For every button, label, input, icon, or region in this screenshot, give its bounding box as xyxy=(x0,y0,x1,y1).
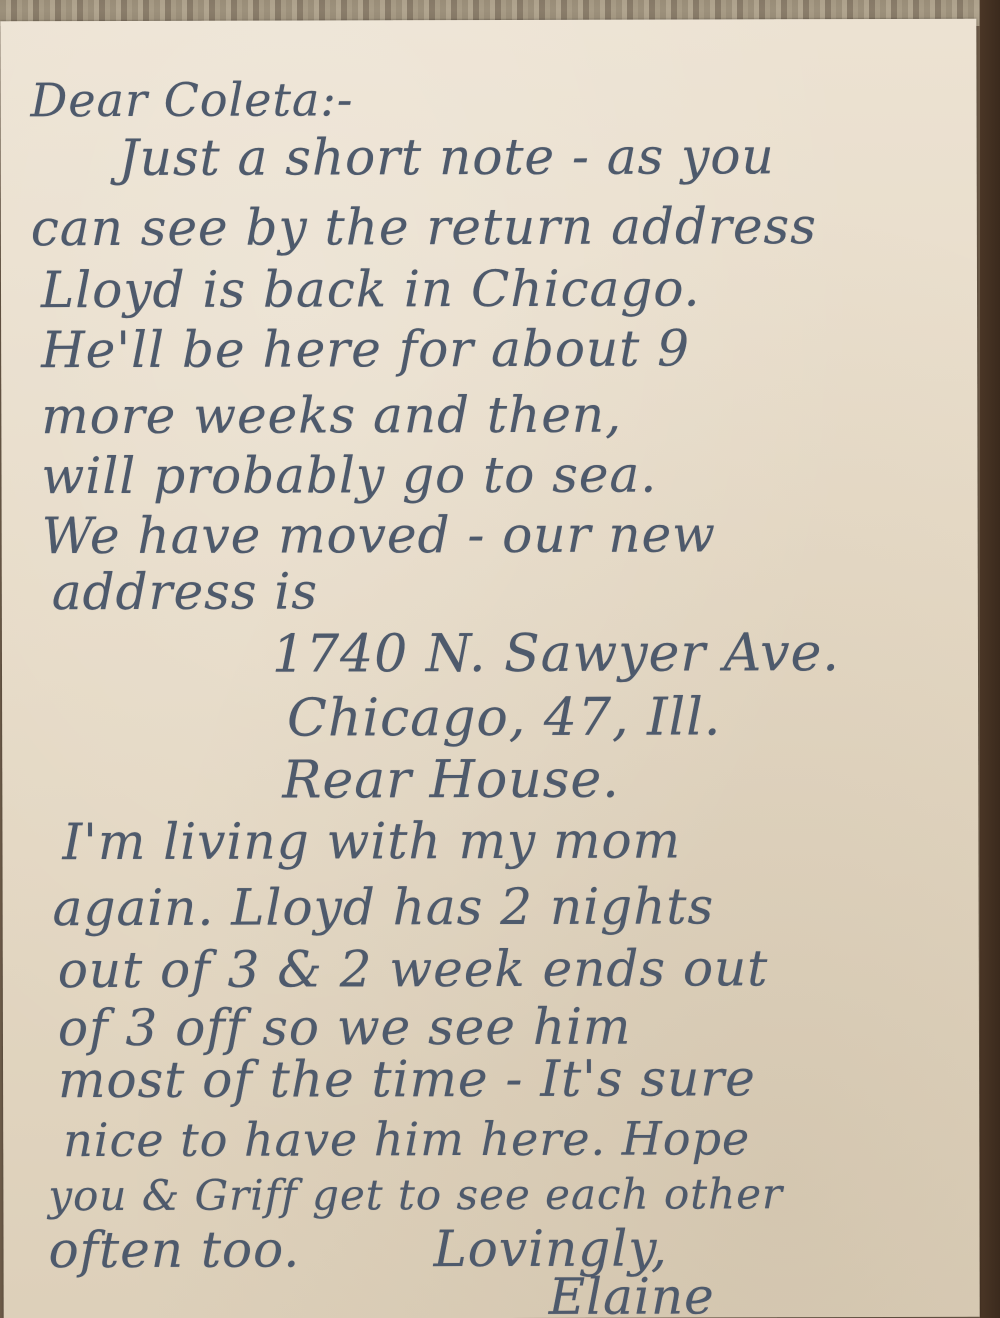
letter-line: again. Lloyd has 2 nights xyxy=(53,877,715,937)
salutation: Dear Coleta:- xyxy=(30,72,353,127)
table-edge-background xyxy=(980,0,1000,1318)
letter-line: nice to have him here. Hope xyxy=(63,1111,750,1167)
letter-line: most of the time - It's sure xyxy=(58,1049,756,1109)
address-note: Rear House. xyxy=(282,750,620,811)
address-street: 1740 N. Sawyer Ave. xyxy=(272,623,840,684)
letter-line: Lloyd is back in Chicago. xyxy=(41,259,701,319)
letter-line: I'm living with my mom xyxy=(62,812,681,872)
letter-line: out of 3 & 2 week ends out xyxy=(58,939,769,999)
letter-paper: Dear Coleta:- Just a short note - as you… xyxy=(0,19,979,1318)
letter-line: address is xyxy=(52,562,318,621)
signature: Elaine xyxy=(549,1267,715,1318)
letter-line: can see by the return address xyxy=(31,197,817,257)
letter-line: you & Griff get to see each other xyxy=(48,1169,783,1220)
letter-line: We have moved - our new xyxy=(42,505,716,565)
address-city: Chicago, 47, Ill. xyxy=(287,687,721,748)
letter-line: will probably go to sea. xyxy=(41,446,657,506)
letter-line: of 3 off so we see him xyxy=(58,998,632,1058)
letter-line: more weeks and then, xyxy=(41,386,622,446)
letter-line: often too. xyxy=(48,1220,300,1279)
letter-line: Just a short note - as you xyxy=(119,127,775,187)
letter-line: He'll be here for about 9 xyxy=(41,319,690,379)
photo-scene: Dear Coleta:- Just a short note - as you… xyxy=(0,0,1000,1318)
